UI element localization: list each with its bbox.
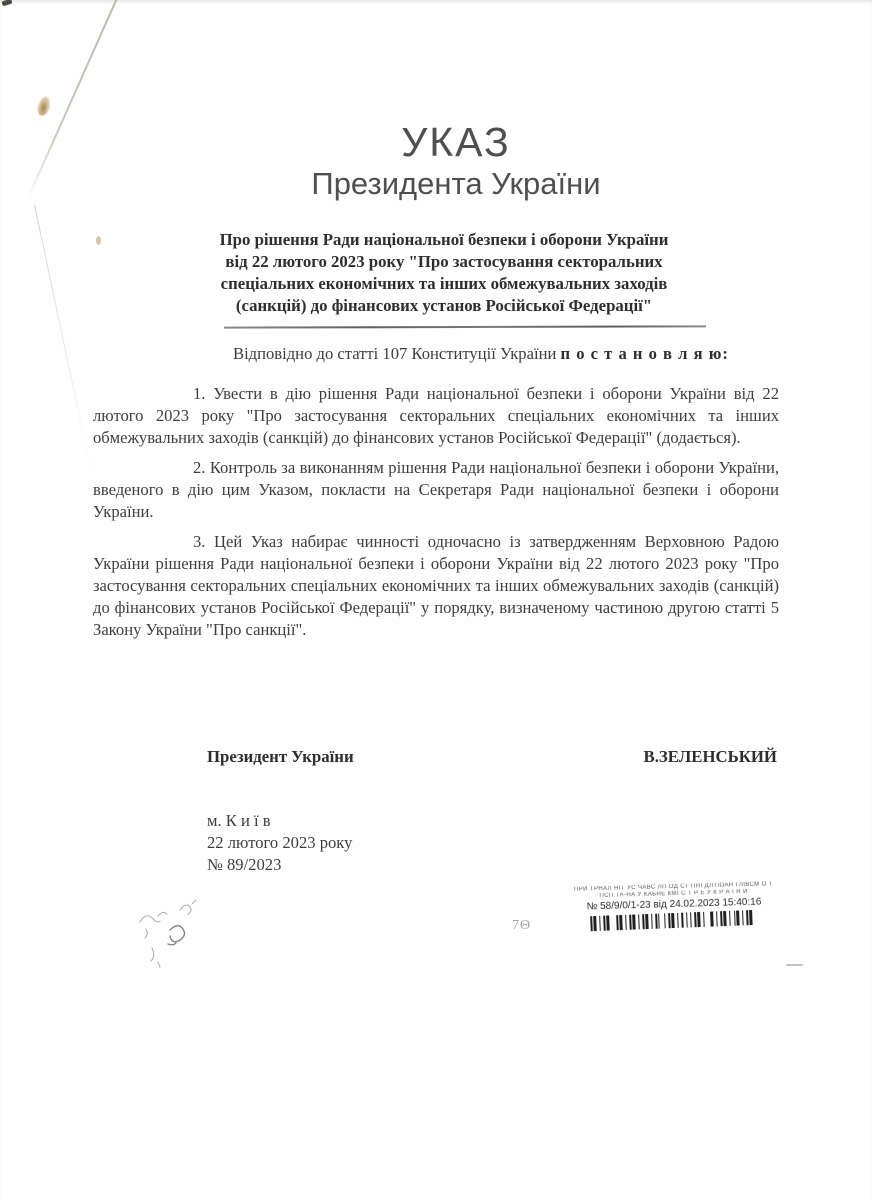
scanned-decree-page: УКАЗ Президента України Про рішення Ради…: [0, 0, 872, 1200]
decree-body: 1. Увести в дію рішення Ради національно…: [93, 383, 779, 649]
issue-block: м. К и ї в 22 лютого 2023 року № 89/2023: [207, 810, 352, 876]
scan-smudge-dot: [96, 236, 101, 245]
signatory-name: В.ЗЕЛЕНСЬКИЙ: [644, 747, 777, 767]
decree-title-issuer: Президента України: [40, 166, 872, 202]
signatory-title: Президент України: [207, 747, 354, 767]
issue-city: м. К и ї в: [207, 810, 352, 832]
scan-dash-mark: [786, 964, 803, 966]
scan-corner-speck: [1, 0, 12, 6]
decree-subject: Про рішення Ради національної безпеки і …: [168, 229, 720, 317]
intro-decree-verb: п о с т а н о в л я ю:: [560, 344, 728, 363]
page-number-mark: 7Θ: [512, 918, 531, 934]
intro-lead: Відповідно до статті 107 Конституції Укр…: [233, 344, 560, 363]
subject-line: (санкцій) до фінансових установ Російськ…: [168, 295, 720, 317]
scan-crease-line-faint: [34, 205, 93, 479]
paragraph-3: 3. Цей Указ набирає чинності одночасно і…: [93, 531, 779, 641]
decree-title-block: УКАЗ Президента України: [0, 120, 872, 202]
scan-smudge: [36, 95, 52, 117]
paragraph-1: 1. Увести в дію рішення Ради національно…: [93, 383, 779, 449]
subject-line: Про рішення Ради національної безпеки і …: [168, 229, 720, 251]
intro-line: Відповідно до статті 107 Конституції Укр…: [93, 343, 779, 365]
subject-line: від 22 лютого 2023 року "Про застосуванн…: [168, 251, 720, 273]
paragraph-2: 2. Контроль за виконанням рішення Ради н…: [93, 457, 779, 523]
heading-rule: [224, 325, 706, 328]
subject-line: спеціальних економічних та інших обмежув…: [168, 273, 720, 295]
issue-date: 22 лютого 2023 року: [207, 832, 352, 854]
handwritten-pencil-marks: [122, 896, 252, 971]
stamp-barcode: [590, 910, 758, 931]
issue-number: № 89/2023: [207, 854, 352, 876]
registration-stamp: ПРИ ТРНАЛ НІТ УС ЧАВС ЛП ОД СТ ПНІ ДЛТІО…: [567, 881, 780, 931]
signature-row: Президент України В.ЗЕЛЕНСЬКИЙ: [207, 747, 777, 767]
decree-title: УКАЗ: [40, 120, 872, 164]
